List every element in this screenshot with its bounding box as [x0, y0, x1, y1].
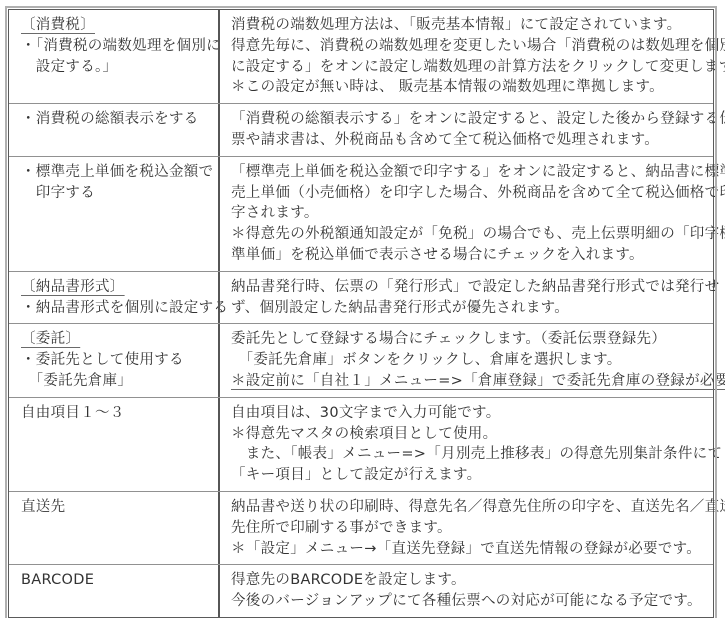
- text-line: 「標準売上単価を税込金額で印字する」をオンに設定すると、納品書に標準: [231, 162, 725, 183]
- text-line: ＊設定前に「自社１」メニュー=>「倉庫登録」で委託先倉庫の登録が必要です: [231, 371, 725, 392]
- text-line: 先住所で印刷する事ができます。: [231, 518, 725, 539]
- text-line: ・「消費税の端数処理を個別に: [21, 36, 210, 57]
- table-row: 自由項目１～３自由項目は、30文字まで入力可能です。＊得意先マスタの検索項目とし…: [9, 397, 713, 491]
- text-line: また、「帳表」メニュー=>「月別売上推移表」の得意先別集計条件にて: [231, 444, 722, 465]
- text-line: 印字する: [21, 183, 210, 204]
- text-line: に設定する」をオンに設定し端数処理の計算方法をクリックして変更します: [231, 57, 725, 78]
- text-line: ＊得意先の外税額通知設定が「免税」の場合でも、売上伝票明細の「印字標: [231, 224, 725, 245]
- text-line: ＊この設定が無い時は、 販売基本情報の端数処理に準拠します。: [231, 77, 725, 98]
- text-line: 準単価」を税込単価で表示させる場合にチェックを入れます。: [231, 245, 725, 266]
- text-line: ＊得意先マスタの検索項目として使用。: [231, 424, 722, 445]
- text-line: ・消費税の総額表示をする: [21, 109, 210, 130]
- setting-name-cell: ・標準売上単価を税込金額で 印字する: [9, 157, 218, 271]
- text-line: 「キー項目」として設定が行えます。: [231, 465, 722, 486]
- description-cell: 納品書や送り状の印刷時、得意先名／得意先住所の印字を、直送先名／直送先住所で印刷…: [218, 492, 725, 564]
- text-line: 自由項目１～３: [21, 403, 210, 424]
- setting-name-cell: 〔委託〕・委託先として使用する 「委託先倉庫」: [9, 324, 218, 396]
- description-cell: 自由項目は、30文字まで入力可能です。＊得意先マスタの検索項目として使用。 また…: [218, 398, 725, 491]
- text-line: 直送先: [21, 497, 210, 518]
- text-line: ・標準売上単価を税込金額で: [21, 162, 210, 183]
- text-line: 〔消費税〕: [21, 15, 210, 36]
- text-line: 納品書や送り状の印刷時、得意先名／得意先住所の印字を、直送先名／直送: [231, 497, 725, 518]
- text-line: 「消費税の総額表示する」をオンに設定すると、設定した後から登録する伝: [231, 109, 725, 130]
- text-line: 自由項目は、30文字まで入力可能です。: [231, 403, 722, 424]
- text-line: ・納品書形式を個別に設定する: [21, 298, 210, 319]
- table-row: 直送先納品書や送り状の印刷時、得意先名／得意先住所の印字を、直送先名／直送先住所…: [9, 491, 713, 564]
- description-cell: 「消費税の総額表示する」をオンに設定すると、設定した後から登録する伝票や請求書は…: [218, 104, 725, 156]
- text-line: ず、個別設定した納品書発行形式が優先されます。: [231, 298, 719, 319]
- text-line: 納品書発行時、伝票の「発行形式」で設定した納品書発行形式では発行せ: [231, 277, 719, 298]
- text-line: 字されます。: [231, 203, 725, 224]
- setting-name-cell: BARCODE: [9, 565, 218, 617]
- text-line: 設定する。」: [21, 57, 210, 78]
- description-cell: 得意先のBARCODEを設定します。今後のバージョンアップにて各種伝票への対応が…: [218, 565, 713, 617]
- table-row: 〔納品書形式〕・納品書形式を個別に設定する納品書発行時、伝票の「発行形式」で設定…: [9, 271, 713, 324]
- text-line: 「委託先倉庫」: [21, 371, 210, 392]
- text-line: BARCODE: [21, 570, 210, 591]
- table-row: 〔委託〕・委託先として使用する 「委託先倉庫」委託先として登録する場合にチェック…: [9, 323, 713, 396]
- description-cell: 委託先として登録する場合にチェックします。（委託伝票登録先） 「委託先倉庫」ボタ…: [218, 324, 725, 396]
- text-line: 得意先毎に、消費税の端数処理を変更したい場合「消費税のは数処理を個別: [231, 36, 725, 57]
- setting-name-cell: ・消費税の総額表示をする: [9, 104, 218, 156]
- description-cell: 納品書発行時、伝票の「発行形式」で設定した納品書発行形式では発行せず、個別設定し…: [218, 272, 725, 324]
- setting-name-cell: 〔納品書形式〕・納品書形式を個別に設定する: [9, 272, 218, 324]
- text-line: 消費税の端数処理方法は、「販売基本情報」にて設定されています。: [231, 15, 725, 36]
- table-row: ・標準売上単価を税込金額で 印字する「標準売上単価を税込金額で印字する」をオンに…: [9, 156, 713, 271]
- text-line: 今後のバージョンアップにて各種伝票への対応が可能になる予定です。: [231, 591, 705, 612]
- text-line: 票や請求書は、外税商品も含めて全て税込価格で処理されます。: [231, 130, 725, 151]
- text-line: 「委託先倉庫」ボタンをクリックし、倉庫を選択します。: [231, 350, 725, 371]
- text-line: 売上単価（小売価格）を印字した場合、外税商品を含めて全て税込価格で印: [231, 183, 725, 204]
- setting-name-cell: 自由項目１～３: [9, 398, 218, 491]
- text-line: ＊「設定」メニュー→「直送先登録」で直送先情報の登録が必要です。: [231, 539, 725, 560]
- settings-table: 〔消費税〕・「消費税の端数処理を個別に 設定する。」消費税の端数処理方法は、「販…: [8, 9, 714, 618]
- setting-name-cell: 〔消費税〕・「消費税の端数処理を個別に 設定する。」: [9, 10, 218, 103]
- text-line: 委託先として登録する場合にチェックします。（委託伝票登録先）: [231, 329, 725, 350]
- text-line: 得意先のBARCODEを設定します。: [231, 570, 705, 591]
- text-line: ・委託先として使用する: [21, 350, 210, 371]
- table-row: ・消費税の総額表示をする「消費税の総額表示する」をオンに設定すると、設定した後か…: [9, 103, 713, 156]
- table-row: 〔消費税〕・「消費税の端数処理を個別に 設定する。」消費税の端数処理方法は、「販…: [9, 10, 713, 103]
- text-line: 〔委託〕: [21, 329, 210, 350]
- table-row: BARCODE得意先のBARCODEを設定します。今後のバージョンアップにて各種…: [9, 564, 713, 617]
- description-cell: 「標準売上単価を税込金額で印字する」をオンに設定すると、納品書に標準売上単価（小…: [218, 157, 725, 271]
- text-line: 〔納品書形式〕: [21, 277, 210, 298]
- description-cell: 消費税の端数処理方法は、「販売基本情報」にて設定されています。得意先毎に、消費税…: [218, 10, 725, 103]
- setting-name-cell: 直送先: [9, 492, 218, 564]
